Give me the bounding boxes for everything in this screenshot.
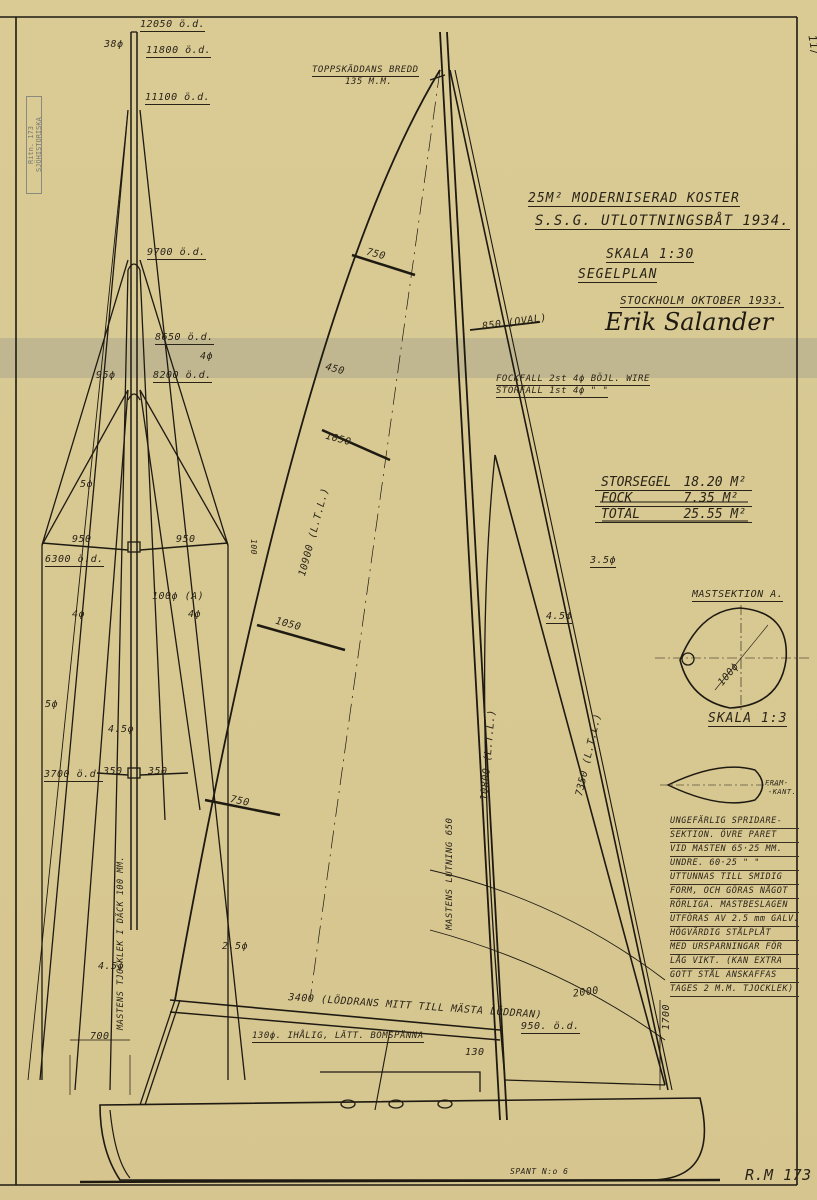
boom-height: 130: [465, 1048, 485, 1058]
sheet-mark: 11/: [806, 34, 817, 57]
height-6300: 6300 ö.d.: [45, 555, 104, 567]
backstay-dia: 2.5ϕ: [222, 942, 248, 952]
leading-edge-2: -KANT.: [768, 789, 796, 796]
jibstay-dia: 4.5ϕ: [546, 612, 572, 624]
upper-spreader-left: 950: [72, 535, 92, 545]
mast-section-scale: SKALA 1:3: [708, 712, 787, 727]
wire-dia: 4ϕ: [188, 610, 201, 620]
sail-area-row: TOTAL25.55 M²: [595, 507, 752, 523]
signature: Erik Salander: [605, 308, 773, 336]
wire-dia: 4ϕ: [72, 610, 85, 620]
archive-stamp: Ritn. 173 SJÖHISTORISKA: [26, 96, 42, 194]
leading-edge-1: FRAM-: [765, 780, 789, 787]
clew-height: 1700: [662, 1004, 672, 1030]
height-11800: 11800 ö.d.: [146, 46, 211, 58]
mast-deck-note: MASTENS TJOCKLEK I DÄCK 100 MM.: [117, 856, 126, 1030]
sail-area-row: STORSEGEL18.20 M²: [595, 475, 752, 491]
lower-spreader-right: 350: [148, 767, 168, 777]
headboard-note: TOPPSKÄDDANS BREDD: [312, 66, 419, 77]
spreader-note: UNGEFÄRLIG SPRIDARE- SEKTION. ÖVRE PARET…: [670, 815, 799, 997]
spreader-drop: 100: [249, 539, 257, 555]
drawing-type: SEGELPLAN: [578, 268, 657, 283]
wire-dia: 5ϕ: [80, 480, 93, 490]
height-12050: 12050 ö.d.: [140, 20, 205, 32]
base-dimension: 700: [90, 1032, 110, 1042]
wire-dia: 5ϕ: [45, 700, 58, 710]
section-ref: 100ϕ (A): [152, 592, 204, 602]
height-11100: 11100 ö.d.: [145, 93, 210, 105]
frame-number: SPANT N:o 6: [510, 1168, 568, 1176]
wire-dia: 4ϕ: [200, 352, 213, 362]
forestay-dia: 3.5ϕ: [590, 556, 616, 568]
mast-dia-8200: 95ϕ: [96, 371, 116, 381]
height-3700: 3700 ö.d.: [44, 770, 103, 782]
jib-halyard: FOCKFALL 2st 4ϕ BÖJL. WIRE: [496, 375, 650, 386]
scale-label: SKALA 1:30: [606, 248, 694, 263]
upper-spreader-right: 950: [176, 535, 196, 545]
sail-area-table: STORSEGEL18.20 M² FOCK7.35 M² TOTAL25.55…: [595, 475, 752, 523]
height-8650: 8650 ö.d.: [155, 333, 214, 345]
height-9700: 9700 ö.d.: [147, 248, 206, 260]
wire-dia: 4.5ϕ: [108, 725, 134, 735]
title-line-1: 25M² MODERNISERAD KOSTER: [528, 192, 740, 207]
title-line-2: S.S.G. UTLOTTNINGSBÅT 1934.: [535, 214, 790, 230]
height-8200: 8200 ö.d.: [153, 371, 212, 383]
sail-area-row: FOCK7.35 M²: [595, 491, 752, 507]
boom-spec: 130ϕ. IHÅLIG, LÄTT. BOMSPÄNNA: [252, 1032, 424, 1043]
lower-spreader-left: 350: [103, 767, 123, 777]
gooseneck-height: 950. ö.d.: [521, 1022, 580, 1034]
sail-plan-sheet: Ritn. 173 SJÖHISTORISKA 25M² MODERNISERA…: [0, 0, 817, 1200]
main-halyard: STORFALL 1st 4ϕ " ": [496, 387, 608, 398]
drawing-number: R.M 173: [745, 1168, 812, 1183]
headboard-width: 135 M.M.: [345, 78, 392, 87]
mast-section-a: [655, 605, 810, 803]
mast-top-dia: 38ϕ: [104, 40, 124, 50]
place-date: STOCKHOLM OKTOBER 1933.: [620, 295, 784, 308]
mast-rake: MASTENS LUTNING 650: [446, 818, 455, 930]
mast-section-title: MASTSEKTION A.: [692, 590, 783, 602]
